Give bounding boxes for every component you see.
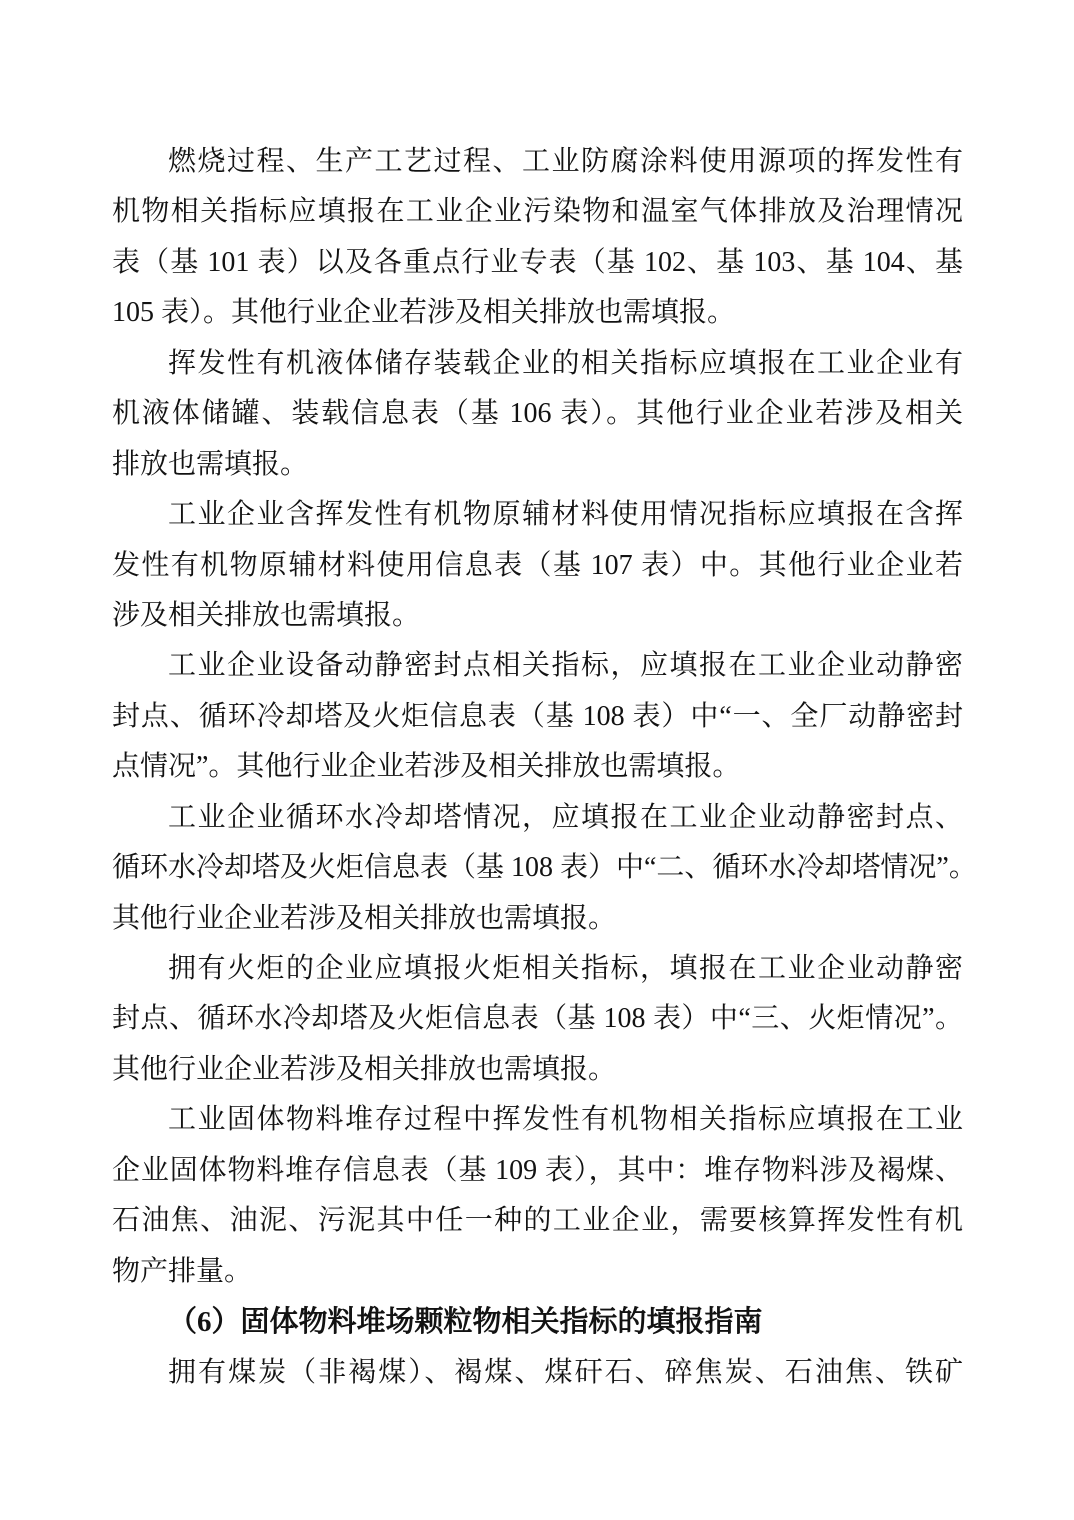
paragraph: 工业固体物料堆存过程中挥发性有机物相关指标应填报在工业企业固体物料堆存信息表（基…	[112, 1095, 963, 1297]
paragraph: 挥发性有机液体储存装载企业的相关指标应填报在工业企业有机液体储罐、装载信息表（基…	[112, 339, 963, 490]
document-page: 燃烧过程、生产工艺过程、工业防腐涂料使用源项的挥发性有机物相关指标应填报在工业企…	[0, 0, 1074, 1520]
text-line: 排放也需填报。	[112, 440, 963, 490]
text-line: 其他行业企业若涉及相关排放也需填报。	[112, 894, 963, 944]
text-line: 表（基 101 表）以及各重点行业专表（基 102、基 103、基 104、基	[112, 238, 963, 288]
text-line: 物产排量。	[112, 1247, 963, 1297]
paragraph: 燃烧过程、生产工艺过程、工业防腐涂料使用源项的挥发性有机物相关指标应填报在工业企…	[112, 137, 963, 339]
text-line: 工业固体物料堆存过程中挥发性有机物相关指标应填报在工业	[112, 1095, 963, 1145]
text-line: 工业企业循环水冷却塔情况，应填报在工业企业动静密封点、	[112, 793, 963, 843]
document-content: 燃烧过程、生产工艺过程、工业防腐涂料使用源项的挥发性有机物相关指标应填报在工业企…	[112, 137, 963, 1398]
text-line: 拥有煤炭（非褐煤）、褐煤、煤矸石、碎焦炭、石油焦、铁矿	[112, 1348, 963, 1398]
text-line: 机物相关指标应填报在工业企业污染物和温室气体排放及治理情况	[112, 187, 963, 237]
text-line: 封点、循环冷却塔及火炬信息表（基 108 表）中“一、全厂动静密封	[112, 692, 963, 742]
paragraph: 工业企业含挥发性有机物原辅材料使用情况指标应填报在含挥发性有机物原辅材料使用信息…	[112, 490, 963, 641]
text-line: 发性有机物原辅材料使用信息表（基 107 表）中。其他行业企业若	[112, 541, 963, 591]
paragraph: 工业企业循环水冷却塔情况，应填报在工业企业动静密封点、循环水冷却塔及火炬信息表（…	[112, 793, 963, 944]
text-line: 105 表）。其他行业企业若涉及相关排放也需填报。	[112, 288, 963, 338]
text-line: 挥发性有机液体储存装载企业的相关指标应填报在工业企业有	[112, 339, 963, 389]
text-line: （6）固体物料堆场颗粒物相关指标的填报指南	[112, 1297, 963, 1347]
text-line: 循环水冷却塔及火炬信息表（基 108 表）中“二、循环水冷却塔情况”。	[112, 843, 963, 893]
text-line: 工业企业设备动静密封点相关指标，应填报在工业企业动静密	[112, 641, 963, 691]
text-line: 拥有火炬的企业应填报火炬相关指标，填报在工业企业动静密	[112, 944, 963, 994]
text-line: 燃烧过程、生产工艺过程、工业防腐涂料使用源项的挥发性有	[112, 137, 963, 187]
section-heading: （6）固体物料堆场颗粒物相关指标的填报指南	[112, 1297, 963, 1347]
text-line: 企业固体物料堆存信息表（基 109 表），其中：堆存物料涉及褐煤、	[112, 1146, 963, 1196]
text-line: 石油焦、油泥、污泥其中任一种的工业企业，需要核算挥发性有机	[112, 1196, 963, 1246]
paragraph: 拥有火炬的企业应填报火炬相关指标，填报在工业企业动静密封点、循环水冷却塔及火炬信…	[112, 944, 963, 1095]
paragraph: 工业企业设备动静密封点相关指标，应填报在工业企业动静密封点、循环冷却塔及火炬信息…	[112, 641, 963, 792]
text-line: 机液体储罐、装载信息表（基 106 表）。其他行业企业若涉及相关	[112, 389, 963, 439]
text-line: 涉及相关排放也需填报。	[112, 591, 963, 641]
text-line: 点情况”。其他行业企业若涉及相关排放也需填报。	[112, 742, 963, 792]
paragraph: 拥有煤炭（非褐煤）、褐煤、煤矸石、碎焦炭、石油焦、铁矿	[112, 1348, 963, 1398]
text-line: 封点、循环水冷却塔及火炬信息表（基 108 表）中“三、火炬情况”。	[112, 994, 963, 1044]
text-line: 工业企业含挥发性有机物原辅材料使用情况指标应填报在含挥	[112, 490, 963, 540]
text-line: 其他行业企业若涉及相关排放也需填报。	[112, 1045, 963, 1095]
